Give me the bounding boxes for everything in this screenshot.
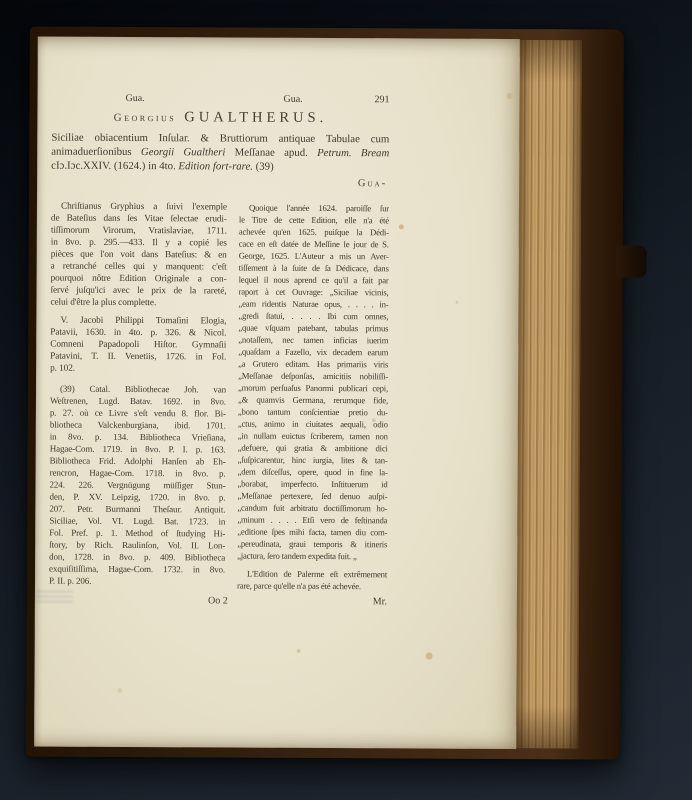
text-line: „Meſſanae pertexere, ſed denuo auſpi- <box>237 490 387 503</box>
text-line: „editione ſpes mihi facta, tamen diu com… <box>237 526 387 539</box>
text-line: „pereudinata, graui temporis & itineris <box>237 538 387 551</box>
subtitle-text: cIɔ.Iɔc.XXIV. (1624.) in 4to. <box>51 160 178 173</box>
text-line: (39) Catal. Bibliothecae Joh. van <box>50 383 226 396</box>
text-line: 224. 226. Vergnügung müſſiger Stun- <box>49 479 225 492</box>
text-line: 207. Petr. Burmanni Theſaur. Antiquit. <box>49 503 225 516</box>
running-header: Gua. Gua. 291 <box>51 93 389 109</box>
running-title-right-column: Gua. <box>284 94 303 105</box>
subtitle-text-italic: Edition fort-rare. <box>178 160 253 172</box>
text-line: „ſuſpicarentur, hinc iurgia, lites & tan… <box>238 454 388 467</box>
text-line: tiſſement à la ſuite de ſa Dédicace, dan… <box>239 262 389 275</box>
text-line: Weſtrenen, Lugd. Batav. 1692. in 8vo. <box>50 395 226 408</box>
text-line: Hagae-Com. 1719. in 8vo. P. I. p. 163. <box>50 443 226 456</box>
text-line: Patavii, 1630. in 4to. p. 326. & Nicol. <box>50 327 226 340</box>
text-line: p. 27. où ce Livre s'eſt vendu 8. flor. … <box>50 407 226 420</box>
subtitle-text: (39) <box>253 161 274 173</box>
text-line: L'Edition de Palerme eſt extrêmement <box>237 568 387 581</box>
text-line: George, 1625. L'Auteur a mis un Aver- <box>239 250 389 263</box>
text-line: ſtory, by Rich. Raulinſon, Vol. II. Lon- <box>49 539 225 552</box>
signature-mark: Oo 2 <box>49 595 387 608</box>
text-line: „gredi ſtatui, . . . . Ibi cum omnes, <box>238 310 388 323</box>
text-line: Quoique l'année 1624. paroiſſe ſur <box>239 202 389 215</box>
text-line: Comneni Papadopoli Hiſtor. Gymnaſii <box>50 339 226 352</box>
foxing-spot <box>117 688 122 693</box>
subtitle-text: animaduerſionibus <box>51 146 141 158</box>
text-line: „& quamvis Germana, rerumque fide, <box>238 394 388 407</box>
text-line: celui d'être la plus complette. <box>50 297 226 310</box>
text-line: don, 1728. in 8vo. p. 409. Bibliotheca <box>49 551 225 564</box>
text-line: rencron, Hagae-Com. 1718. in 8vo. p. <box>50 467 226 480</box>
text-line: Patavini, T. II. Venetiis, 1726. in Fol. <box>50 351 226 364</box>
photo-background: Gua. Gua. 291 GeorgiusGUALTHERUS. Sicili… <box>0 0 692 800</box>
text-line: „candum fuit arbitratu doctiſſimorum ho- <box>237 502 387 515</box>
text-line: „quae vſquam patebant, tabulas primus <box>238 322 388 335</box>
text-line: achevée qu'en 1625. puiſque la Dédi- <box>239 226 389 239</box>
running-title-left: Gua. <box>126 93 145 104</box>
paragraph-palermo-edition: L'Edition de Palerme eſt extrêmementrare… <box>237 568 387 593</box>
text-line: Fol. Pref. p. 1. Method of ſtudying Hi- <box>49 527 225 540</box>
title-given-name: Georgius <box>114 112 177 124</box>
subtitle-text: Meſſanae apud. <box>225 146 317 158</box>
text-line: Chriſtianus Gryphius a ſuivi l'exemple <box>51 201 227 214</box>
text-line: V. Jacobi Philippi Tomaſini Elogia, <box>50 315 226 328</box>
text-line: ſervé juſqu'ici avec le prix de la raret… <box>51 285 227 298</box>
page-text-block: Gua. Gua. 291 GeorgiusGUALTHERUS. Sicili… <box>52 93 390 95</box>
foxing-spot <box>399 224 404 229</box>
right-column: Quoique l'année 1624. paroiſſe ſurle Tit… <box>237 202 389 599</box>
text-line: lequel il nous aprend ce qu'il a fait pa… <box>239 274 389 287</box>
text-line: exquiſitiſſima, Hagae-Com. 1732. in 8vo. <box>49 563 225 576</box>
text-line: pièces que l'on voit dans Bateſius: & en <box>51 249 227 262</box>
paragraph-references: V. Jacobi Philippi Tomaſini Elogia,Patav… <box>50 315 226 376</box>
text-line: tiſſimorum Virorum, Vratislaviae, 1711. <box>51 225 227 238</box>
text-line: „eam ridentis Naturae opus, . . . . in- <box>238 298 388 311</box>
article-title: GeorgiusGUALTHERUS. <box>51 108 389 128</box>
page-footer: Oo 2 Mr. <box>49 595 387 610</box>
text-line: „morum perſuaſus Panormi publicari cepi, <box>238 382 388 395</box>
text-line: bliotheca Valckenburgiana, ibid. 1701. <box>50 419 226 432</box>
page-number: 291 <box>375 94 390 105</box>
text-line: „Meſſanae deſponſas, amicitiis nobiliſſi… <box>238 370 388 383</box>
text-line: „quaſdam a Fazello, vix decadem earum <box>238 346 388 359</box>
article-subtitle: Siciliae obiacentium Inſular. & Bruttior… <box>51 131 389 175</box>
catchword-top: Gua- <box>358 178 387 189</box>
text-line: „ctus, animo in ciuitates aequali, odio <box>238 418 388 431</box>
text-line: „jactura, ſero tandem expedita fuit. „ <box>237 550 387 563</box>
foxing-spot <box>455 301 458 304</box>
catchword-bottom: Mr. <box>373 596 387 607</box>
text-line: in 8vo. p. 295.—433. Il y a copié les <box>51 237 227 250</box>
text-line: le Titre de cette Edition, elle n'a été <box>239 214 389 227</box>
text-line: Bibliotheca Frid. Adolphi Hanſen ab Eh- <box>50 455 226 468</box>
text-line: rare, parce qu'elle n'a pas été achevée. <box>237 580 387 593</box>
subtitle-text-italic: Georgii Gualtheri <box>141 146 226 158</box>
left-column: Chriſtianus Gryphius a ſuivi l'exemplede… <box>49 201 227 594</box>
title-surname: GUALTHERUS. <box>184 109 327 126</box>
text-line: a retranché celles qui y manquent: c'eſt <box>51 261 227 274</box>
foxing-spot <box>297 649 301 653</box>
text-line: Siciliae, Vol. VI. Lugd. Bat. 1723. in <box>49 515 225 528</box>
book: Gua. Gua. 291 GeorgiusGUALTHERUS. Sicili… <box>26 26 624 759</box>
text-line: „a Grutero editam. Has primariis viris <box>238 358 388 371</box>
foxing-spot <box>507 93 513 99</box>
footnote-39: (39) Catal. Bibliothecae Joh. vanWeſtren… <box>49 383 226 588</box>
book-page: Gua. Gua. 291 GeorgiusGUALTHERUS. Sicili… <box>34 36 520 749</box>
text-line: „borabat, imperfecto. Inſtituerum id <box>237 478 387 491</box>
paragraph-gryphius: Chriſtianus Gryphius a ſuivi l'exemplede… <box>50 201 227 310</box>
text-line: den, P. XV. Leipzig, 1720. in 8vo. p. <box>49 491 225 504</box>
book-clasp <box>617 246 647 278</box>
text-line: „minum . . . . Etſi vero de feſtinanda <box>237 514 387 527</box>
text-line: cace en eſt datée de Meſſine le jour de … <box>239 238 389 251</box>
text-line: „in nullam euictus ſcriberem, tamen non <box>238 430 388 443</box>
subtitle-text-italic: Petrum. Bream <box>317 147 389 159</box>
text-line: raport à cet Ouvrage: „Siciliae vicinis, <box>238 286 388 299</box>
text-line: „dem diſceſſus, opere, quod in fine la- <box>238 466 388 479</box>
text-line: „bono tantum conſcientiae pretio du- <box>238 406 388 419</box>
text-line: in 8vo. p. 134. Bibliotheca Vrieſiana, <box>50 431 226 444</box>
foxing-spot <box>426 653 433 660</box>
text-line: de Bateſius dans ſes Vitae ſelectae erud… <box>51 213 227 226</box>
text-line: „defuere, qui gratia & ambitione dici <box>238 442 388 455</box>
text-line: pourquoi nôtre Edition Originale a con- <box>51 273 227 286</box>
text-line: P. II. p. 206. <box>49 575 225 588</box>
text-line: p. 102. <box>50 363 226 376</box>
subtitle-line: cIɔ.Iɔc.XXIV. (1624.) in 4to. Edition fo… <box>51 159 389 175</box>
book-fore-edge <box>516 40 582 748</box>
paragraph-edition-note: Quoique l'année 1624. paroiſſe ſurle Tit… <box>237 202 389 563</box>
text-line: „notaſſem, nec tamen inficias iuerim <box>238 334 388 347</box>
